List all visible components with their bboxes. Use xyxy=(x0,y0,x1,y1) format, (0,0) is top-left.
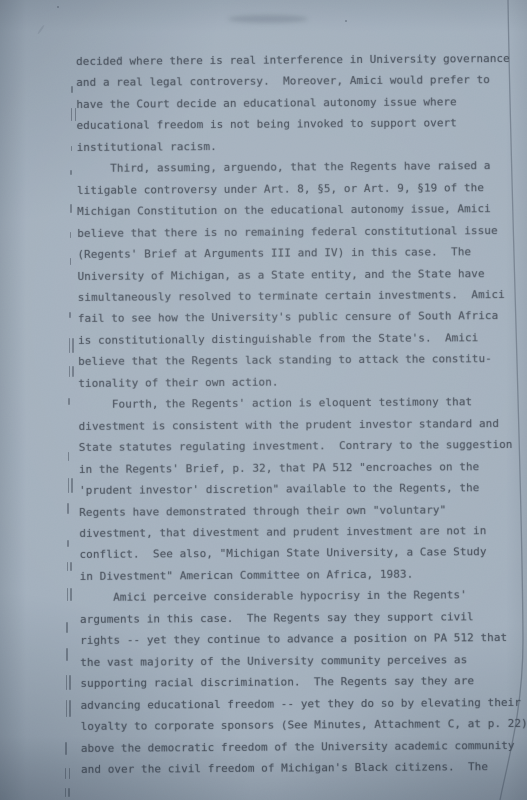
margin-tick xyxy=(67,588,68,601)
margin-tick xyxy=(71,86,72,93)
margin-tick xyxy=(68,452,69,461)
text-line: believe that there is no remaining feder… xyxy=(77,219,524,244)
text-line: is constitutionally distinguishable from… xyxy=(78,327,525,352)
margin-tick xyxy=(69,675,70,690)
margin-tick xyxy=(72,366,73,377)
text-line: educational freedom is not being invoked… xyxy=(76,112,523,137)
text-line: decided where there is real interference… xyxy=(76,48,523,73)
text-line: in Divestment" American Committee on Afr… xyxy=(80,563,527,588)
margin-tick xyxy=(69,700,70,717)
text-line: and over the civil freedom of Michigan's… xyxy=(81,756,527,781)
margin-tick xyxy=(65,742,66,755)
text-line: tionality of their own action. xyxy=(78,370,525,395)
text-line: 'prudent investor' discretion" available… xyxy=(79,477,526,502)
text-line: advancing educational freedom -- yet the… xyxy=(80,691,527,716)
text-line: institutional racism. xyxy=(77,134,524,159)
ink-smudge xyxy=(228,15,308,23)
margin-tick xyxy=(70,170,71,175)
text-line: rights -- yet they continue to advance a… xyxy=(80,627,527,652)
margin-tick xyxy=(70,562,71,571)
text-line: divestment, that divestment and prudent … xyxy=(79,520,526,545)
text-line: Michigan Constitution on the educational… xyxy=(77,198,524,223)
margin-tick xyxy=(67,503,68,514)
text-line: University of Michigan, as a State entit… xyxy=(77,262,524,287)
margin-tick xyxy=(70,588,71,601)
text-line: divestment is consistent with the pruden… xyxy=(79,413,526,438)
text-line: believe that the Regents lack standing t… xyxy=(78,348,525,373)
margin-tick xyxy=(66,622,67,633)
margin-tick xyxy=(69,768,70,779)
text-line: conflict. See also, "Michigan State Univ… xyxy=(79,541,526,566)
text-line: State statutes regulating investment. Co… xyxy=(79,434,526,459)
margin-tick xyxy=(69,366,70,377)
text-line: litigable controversy under Art. 8, §5, … xyxy=(77,177,524,202)
text-line: the vast majority of the University comm… xyxy=(80,649,527,674)
margin-tick xyxy=(68,478,69,493)
text-line: (Regents' Brief at Arguments III and IV)… xyxy=(77,241,524,266)
paper-speck xyxy=(118,57,120,59)
paper-speck xyxy=(37,24,45,34)
margin-tick xyxy=(70,204,71,213)
paper-speck xyxy=(345,20,347,22)
text-line: simultaneously resolved to terminate cer… xyxy=(78,284,525,309)
margin-tick xyxy=(65,788,66,797)
margin-tick xyxy=(69,312,70,318)
text-line: arguments in this case. The Regents say … xyxy=(80,606,527,631)
typewritten-text: decided where there is real interference… xyxy=(76,48,527,781)
scanned-page-photo: decided where there is real interference… xyxy=(0,0,527,800)
text-line: Amici perceive considerable hypocrisy in… xyxy=(80,584,527,609)
margin-tick xyxy=(65,768,66,779)
text-line: Regents have demonstrated through their … xyxy=(79,498,526,523)
text-line: fail to see how the University's public … xyxy=(78,305,525,330)
text-line: Fourth, the Regents' action is eloquent … xyxy=(78,391,525,416)
text-line: in the Regents' Brief, p. 32, that PA 51… xyxy=(79,455,526,480)
text-line: and a real legal controversy. Moreover, … xyxy=(76,69,523,94)
margin-tick xyxy=(66,648,67,661)
text-line: have the Court decide an educational aut… xyxy=(76,91,523,116)
margin-tick xyxy=(71,108,72,121)
margin-tick xyxy=(68,788,69,797)
margin-tick xyxy=(71,478,72,493)
text-line: Third, assuming, arguendo, that the Rege… xyxy=(77,155,524,180)
margin-tick xyxy=(71,146,72,151)
margin-tick xyxy=(66,700,67,717)
margin-tick xyxy=(69,338,70,353)
margin-tick xyxy=(66,675,67,690)
text-line: loyalty to corporate sponsors (See Minut… xyxy=(81,713,527,738)
margin-tick xyxy=(67,540,68,547)
paper-speck xyxy=(57,6,59,8)
margin-tick xyxy=(70,258,71,265)
margin-tick xyxy=(70,232,71,238)
margin-tick xyxy=(72,338,73,353)
margin-tick xyxy=(68,398,69,405)
margin-tick xyxy=(67,562,68,571)
text-line: above the democratic freedom of the Univ… xyxy=(81,734,527,759)
text-line: supporting racial discrimination. The Re… xyxy=(80,670,527,695)
